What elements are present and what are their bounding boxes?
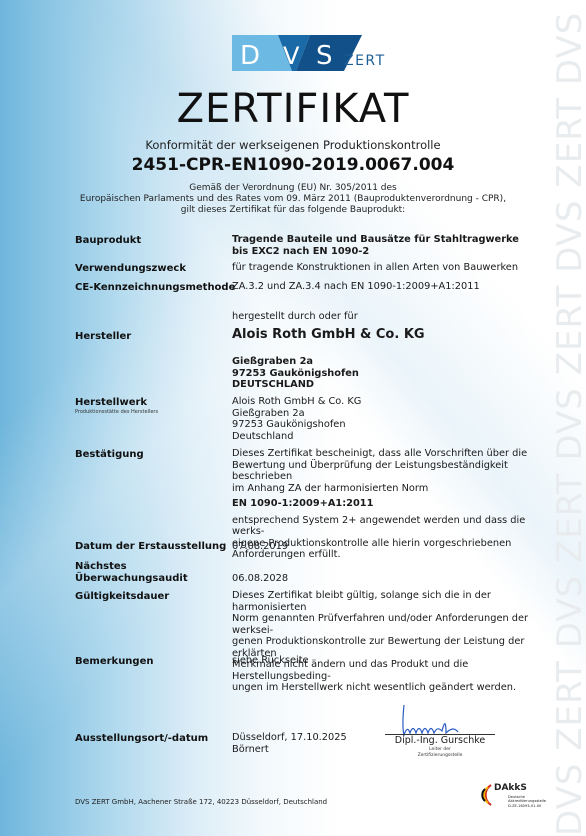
label-gueltigkeit: Gültigkeitsdauer xyxy=(75,591,169,603)
herstellwerk-name: Alois Roth GmbH & Co. KG xyxy=(232,396,532,408)
value-line: bis EXC2 nach EN 1090-2 xyxy=(232,246,532,258)
hergestellt-text: hergestellt durch oder für xyxy=(232,311,532,323)
value-bemerkungen: siehe Rückseite xyxy=(232,655,532,667)
certificate-page: DVS ZERT DVS ZERT DVS ZERT DVS ZERT DVS … xyxy=(0,0,586,836)
label-line: Nächstes xyxy=(75,561,188,573)
label-ausstellung: Ausstellungsort/-datum xyxy=(75,733,208,745)
herstellwerk-address: Alois Roth GmbH & Co. KG Gießgraben 2a 9… xyxy=(232,396,532,442)
preamble-line: Europäischen Parlaments und des Rates vo… xyxy=(0,194,586,205)
logo-letter-d: D xyxy=(240,41,260,71)
address-city: 97253 Gaukönigshofen xyxy=(232,368,532,380)
label-bestaetigung: Bestätigung xyxy=(75,449,144,461)
hersteller-address: Gießgraben 2a 97253 Gaukönigshofen DEUTS… xyxy=(232,356,532,391)
norm-reference: EN 1090-1:2009+A1:2011 xyxy=(232,498,552,510)
text-line: Dieses Zertifikat bleibt gültig, solange… xyxy=(232,590,552,613)
signature-icon xyxy=(386,705,486,737)
preamble-line: Gemäß der Verordnung (EU) Nr. 305/2011 d… xyxy=(0,183,586,194)
dvs-zert-logo: D V S xyxy=(232,33,362,73)
address-street: Gießgraben 2a xyxy=(232,408,532,420)
text-line: Dieses Zertifikat bescheinigt, dass alle… xyxy=(232,448,552,460)
value-ce-methode: ZA.3.2 und ZA.3.4 nach EN 1090-1:2009+A1… xyxy=(232,281,532,293)
address-street: Gießgraben 2a xyxy=(232,356,532,368)
value-ueberwachungsaudit: 06.08.2028 xyxy=(232,573,532,585)
role-line: Zertifizierungsstelle xyxy=(380,753,500,759)
logo-letter-s: S xyxy=(316,41,333,71)
signatory-role: Leiter der Zertifizierungsstelle xyxy=(380,747,500,758)
address-country: Deutschland xyxy=(232,431,532,443)
value-line: Tragende Bauteile und Bausätze für Stahl… xyxy=(232,234,532,246)
label-hersteller: Hersteller xyxy=(75,331,131,343)
address-city: 97253 Gaukönigshofen xyxy=(232,419,532,431)
certificate-number: 2451-CPR-EN1090-2019.0067.004 xyxy=(0,155,586,175)
hersteller-name: Alois Roth GmbH & Co. KG xyxy=(232,329,532,341)
text-line: im Anhang ZA der harmonisierten Norm xyxy=(232,483,552,495)
herstellwerk-label-text: Herstellwerk xyxy=(75,397,147,408)
dakks-line: D-ZE-16093-01-00 xyxy=(508,804,546,808)
logo-suffix: ZERT xyxy=(344,53,386,69)
label-bauprodukt: Bauprodukt xyxy=(75,235,141,247)
value-erstausstellung: 07.08.2019 xyxy=(232,541,532,553)
text-line: entsprechend System 2+ angewendet werden… xyxy=(232,515,552,538)
text-line: Bewertung und Überprüfung der Leistungsb… xyxy=(232,460,552,483)
dakks-details: Deutsche Akkreditierungsstelle D-ZE-1609… xyxy=(508,795,546,808)
page-title: ZERTIFIKAT xyxy=(0,86,586,132)
footer-address: DVS ZERT GmbH, Aachener Straße 172, 4022… xyxy=(75,798,327,806)
subtitle: Konformität der werkseigenen Produktions… xyxy=(0,138,586,152)
label-line: Überwachungsaudit xyxy=(75,573,188,585)
herstellwerk-sublabel: Produktionsstätte des Herstellers xyxy=(75,409,158,415)
preamble-line: gilt dieses Zertifikat für das folgende … xyxy=(0,205,586,216)
signatory-name: Dipl.-Ing. Gurschke xyxy=(380,735,500,746)
label-ueberwachungsaudit: Nächstes Überwachungsaudit xyxy=(75,561,188,585)
dakks-name: DAkkS xyxy=(494,783,527,793)
value-gueltigkeit: Dieses Zertifikat bleibt gültig, solange… xyxy=(232,590,552,694)
label-erstausstellung: Datum der Erstausstellung xyxy=(75,541,226,553)
value-verwendungszweck: für tragende Konstruktionen in allen Art… xyxy=(232,262,532,274)
label-bemerkungen: Bemerkungen xyxy=(75,656,154,668)
text-line: Norm genannten Prüfverfahren und/oder An… xyxy=(232,613,552,636)
label-herstellwerk: Herstellwerk Produktionsstätte des Herst… xyxy=(75,397,158,415)
label-verwendungszweck: Verwendungszweck xyxy=(75,263,186,275)
text-line: ungen im Herstellwerk nicht wesentlich g… xyxy=(232,682,552,694)
logo-letter-v: V xyxy=(283,42,300,70)
preamble: Gemäß der Verordnung (EU) Nr. 305/2011 d… xyxy=(0,183,586,216)
value-bauprodukt: Tragende Bauteile und Bausätze für Stahl… xyxy=(232,234,532,257)
address-country: DEUTSCHLAND xyxy=(232,379,532,391)
label-ce-methode: CE-Kennzeichnungsmethode xyxy=(75,282,235,294)
